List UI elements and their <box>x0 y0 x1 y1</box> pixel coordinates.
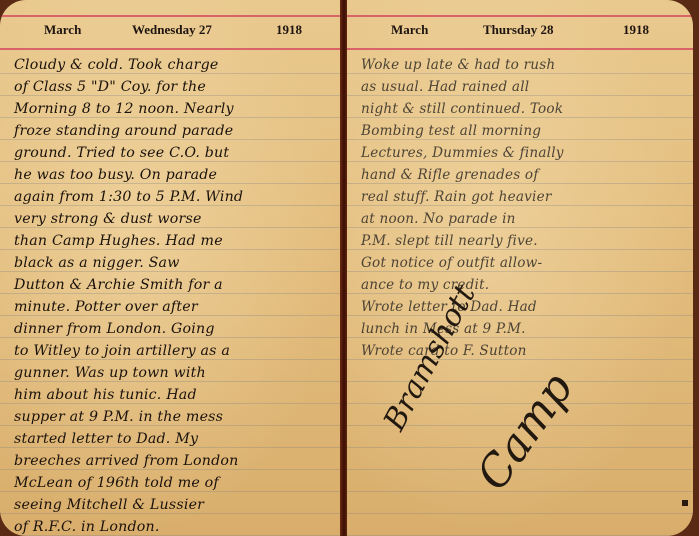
entry-line: dinner from London. Going <box>14 318 331 340</box>
header-rule-top <box>0 15 341 17</box>
entry-line: him about his tunic. Had <box>14 384 331 406</box>
entry-line: Woke up late & had to rush <box>361 54 683 76</box>
entry-line: Cloudy & cold. Took charge <box>14 54 331 76</box>
right-entry-text: Woke up late & had to rush as usual. Had… <box>361 54 683 362</box>
entry-line: ground. Tried to see C.O. but <box>14 142 331 164</box>
left-entry-text: Cloudy & cold. Took charge of Class 5 "D… <box>14 54 331 536</box>
entry-line: real stuff. Rain got heavier <box>361 186 683 208</box>
entry-line: Dutton & Archie Smith for a <box>14 274 331 296</box>
entry-line: black as a nigger. Saw <box>14 252 331 274</box>
left-day: Wednesday 27 <box>132 22 212 38</box>
left-year: 1918 <box>276 22 302 38</box>
left-page: March Wednesday 27 1918 Cloudy & cold. T… <box>0 0 341 536</box>
header-rule-bottom <box>347 48 693 50</box>
header-rule-bottom <box>0 48 341 50</box>
entry-line: supper at 9 P.M. in the mess <box>14 406 331 428</box>
entry-line: of Class 5 "D" Coy. for the <box>14 76 331 98</box>
entry-line: as usual. Had rained all <box>361 76 683 98</box>
entry-line: to Witley to join artillery as a <box>14 340 331 362</box>
entry-line: froze standing around parade <box>14 120 331 142</box>
entry-line: Morning 8 to 12 noon. Nearly <box>14 98 331 120</box>
entry-line: Got notice of outfit allow- <box>361 252 683 274</box>
entry-line: Wrote letter to Dad. Had <box>361 296 683 318</box>
entry-line: breeches arrived from London <box>14 450 331 472</box>
entry-line: again from 1:30 to 5 P.M. Wind <box>14 186 331 208</box>
entry-line: Lectures, Dummies & finally <box>361 142 683 164</box>
entry-line: ance to my credit. <box>361 274 683 296</box>
entry-line: very strong & dust worse <box>14 208 331 230</box>
right-page: March Thursday 28 1918 Woke up late & ha… <box>347 0 693 536</box>
right-day: Thursday 28 <box>483 22 553 38</box>
right-page-header: March Thursday 28 1918 <box>347 20 693 42</box>
entry-line: seeing Mitchell & Lussier <box>14 494 331 516</box>
entry-line: at noon. No parade in <box>361 208 683 230</box>
entry-line: gunner. Was up town with <box>14 362 331 384</box>
entry-line: he was too busy. On parade <box>14 164 331 186</box>
entry-line: started letter to Dad. My <box>14 428 331 450</box>
corner-mark <box>682 500 688 506</box>
entry-line: of R.F.C. in London. <box>14 516 331 536</box>
left-month: March <box>44 22 81 38</box>
diary-spread: March Wednesday 27 1918 Cloudy & cold. T… <box>0 0 699 536</box>
entry-line: lunch in Mess at 9 P.M. <box>361 318 683 340</box>
entry-line: hand & Rifle grenades of <box>361 164 683 186</box>
entry-line: minute. Potter over after <box>14 296 331 318</box>
entry-line: Bombing test all morning <box>361 120 683 142</box>
header-rule-top <box>347 15 693 17</box>
right-month: March <box>391 22 428 38</box>
right-year: 1918 <box>623 22 649 38</box>
entry-line: McLean of 196th told me of <box>14 472 331 494</box>
left-page-header: March Wednesday 27 1918 <box>0 20 341 42</box>
entry-line: P.M. slept till nearly five. <box>361 230 683 252</box>
entry-line: than Camp Hughes. Had me <box>14 230 331 252</box>
entry-line: night & still continued. Took <box>361 98 683 120</box>
